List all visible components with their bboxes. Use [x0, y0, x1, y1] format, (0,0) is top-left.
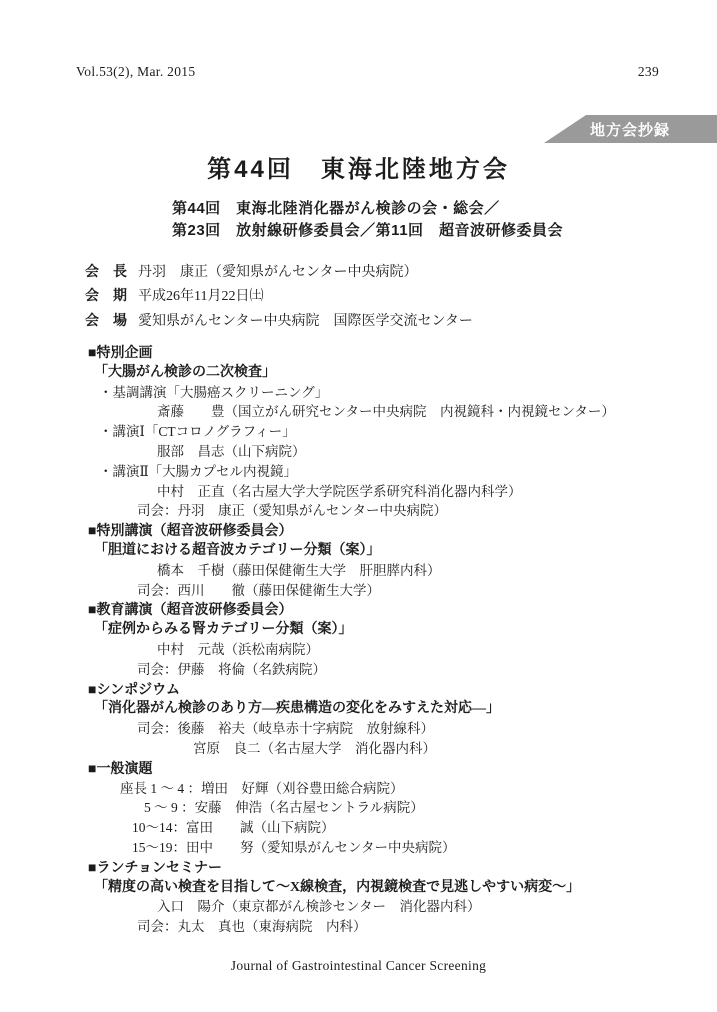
program-line: 「胆道における超音波カテゴリー分類（案）」: [88, 541, 697, 561]
program-line: ■ランチョンセミナー: [88, 858, 697, 878]
info-label: 会 場: [85, 309, 138, 331]
journal-page: Vol.53(2), Mar. 2015 239 地方会抄録 第44回 東海北陸…: [0, 0, 717, 1012]
meeting-info-row: 会 長丹羽 康正（愛知県がんセンター中央病院）: [85, 260, 473, 284]
program-line: 「精度の高い検査を目指して～X線検査，内視鏡検査で見逃しやすい病変～」: [88, 878, 697, 898]
program-line: 5 ～ 9 ：安藤 伸浩（名古屋セントラル病院）: [88, 798, 697, 818]
program-line: ■教育講演（超音波研修委員会）: [88, 600, 697, 620]
program-line: 司会：西川 徹（藤田保健衛生大学）: [88, 581, 697, 601]
program-line: ・講演Ⅰ「CTコロノグラフィー」: [88, 422, 697, 442]
volume-info: Vol.53(2), Mar. 2015: [76, 64, 195, 80]
program-line: 「症例からみる腎カテゴリー分類（案）」: [88, 620, 697, 640]
program-line: 「大腸がん検診の二次検査」: [88, 363, 697, 383]
subtitle-line-1: 第44回 東海北陸消化器がん検診の会・総会／: [172, 198, 563, 220]
subtitle-line-2: 第23回 放射線研修委員会／第11回 超音波研修委員会: [172, 220, 563, 242]
program-line: 15～19：田中 努（愛知県がんセンター中央病院）: [88, 838, 697, 858]
meeting-subtitle: 第44回 東海北陸消化器がん検診の会・総会／ 第23回 放射線研修委員会／第11…: [172, 198, 563, 242]
journal-footer: Journal of Gastrointestinal Cancer Scree…: [0, 958, 717, 974]
program-line: ■特別講演（超音波研修委員会）: [88, 521, 697, 541]
program-line: 服部 昌志（山下病院）: [88, 442, 697, 462]
program-line: 司会：伊藤 将倫（名鉄病院）: [88, 660, 697, 680]
program-line: 入口 陽介（東京都がん検診センター 消化器内科）: [88, 897, 697, 917]
info-label: 会 期: [85, 284, 138, 306]
program-list: ■特別企画「大腸がん検診の二次検査」・基調講演「大腸癌スクリーニング」斎藤 豊（…: [88, 343, 697, 937]
program-line: 中村 正直（名古屋大学大学院医学系研究科消化器内科学）: [88, 482, 697, 502]
section-banner: 地方会抄録: [544, 115, 717, 143]
meeting-info: 会 長丹羽 康正（愛知県がんセンター中央病院）会 期平成26年11月22日㈯会 …: [85, 260, 473, 333]
program-line: 斎藤 豊（国立がん研究センター中央病院 内視鏡科・内視鏡センター）: [88, 402, 697, 422]
info-value: 丹羽 康正（愛知県がんセンター中央病院）: [138, 265, 417, 280]
program-line: ■特別企画: [88, 343, 697, 363]
program-line: 橋本 千樹（藤田保健衛生大学 肝胆膵内科）: [88, 561, 697, 581]
program-line: 司会：丹羽 康正（愛知県がんセンター中央病院）: [88, 501, 697, 521]
program-line: ■シンポジウム: [88, 680, 697, 700]
page-title: 第44回 東海北陸地方会: [0, 149, 717, 184]
page-number: 239: [638, 64, 659, 80]
meeting-info-row: 会 期平成26年11月22日㈯: [85, 284, 473, 308]
program-line: 司会：後藤 裕夫（岐阜赤十字病院 放射線科）: [88, 719, 697, 739]
info-value: 愛知県がんセンター中央病院 国際医学交流センター: [138, 314, 473, 329]
program-line: 中村 元哉（浜松南病院）: [88, 640, 697, 660]
program-line: ・講演Ⅱ「大腸カプセル内視鏡」: [88, 462, 697, 482]
program-line: 「消化器がん検診のあり方―疾患構造の変化をみすえた対応―」: [88, 699, 697, 719]
program-line: 座長 1 ～ 4 ：増田 好輝（刈谷豊田総合病院）: [88, 779, 697, 799]
info-value: 平成26年11月22日㈯: [138, 289, 263, 304]
program-line: 宮原 良二（名古屋大学 消化器内科）: [88, 739, 697, 759]
program-line: ・基調講演「大腸癌スクリーニング」: [88, 383, 697, 403]
banner-label: 地方会抄録: [590, 119, 670, 140]
program-line: 10～14：富田 誠（山下病院）: [88, 818, 697, 838]
page-header: Vol.53(2), Mar. 2015 239: [76, 64, 659, 80]
program-line: 司会：丸太 真也（東海病院 内科）: [88, 917, 697, 937]
info-label: 会 長: [85, 260, 138, 282]
program-line: ■一般演題: [88, 759, 697, 779]
meeting-info-row: 会 場愛知県がんセンター中央病院 国際医学交流センター: [85, 309, 473, 333]
